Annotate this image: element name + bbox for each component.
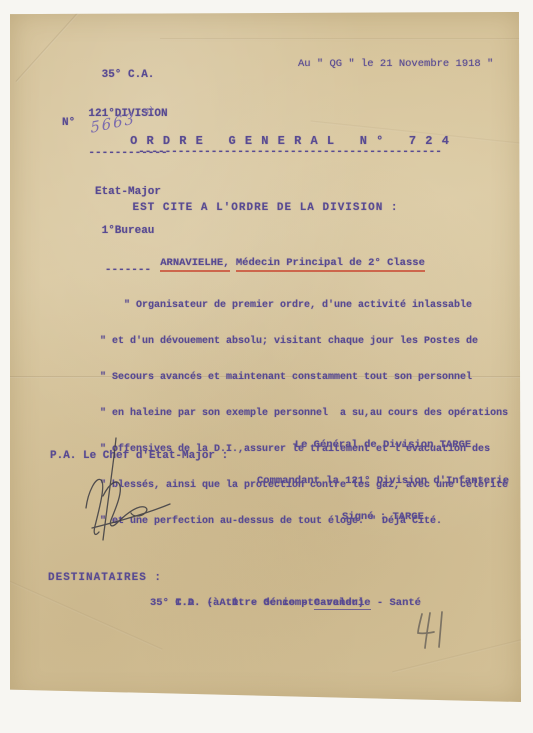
date-line: Au " QG " le 21 Novembre 1918 " xyxy=(298,58,493,70)
signed-line: Signé : TARGE xyxy=(247,511,519,523)
paper-crease xyxy=(160,38,520,40)
citation-line: " Organisateur de premier ordre, d'une a… xyxy=(100,300,508,312)
number-label: N° xyxy=(62,117,75,129)
destinataires-line-2: 35° C.A. (à titre de compte-rendu) xyxy=(150,597,364,609)
scanned-document-page: { "colors": { "paper": "#d9c79e", "ink":… xyxy=(0,0,533,733)
citation-heading: EST CITE A L'ORDRE DE LA DIVISION : xyxy=(10,202,521,214)
general-command-line: Commandant la 121° Division d'Infanterie xyxy=(247,475,519,487)
title-underline: ----------------------------------------… xyxy=(100,146,480,158)
recipient-name: ARNAVIELHE, xyxy=(160,257,229,272)
citation-line: " Secours avancés et maintenant constamm… xyxy=(100,372,508,384)
recipient-rank: Médecin Principal de 2° Classe xyxy=(236,257,425,272)
recipient-spacer xyxy=(230,257,236,269)
reference-number: N° a) 5663 xyxy=(62,112,75,130)
order-title-block: O R D R E G E N E R A L N ° 7 2 4 ------… xyxy=(100,134,480,158)
paper-crease xyxy=(0,575,163,650)
general-signature-block: Le Général de Division TARGE Commandant … xyxy=(247,415,519,547)
citation-line: " et d'un dévouement absolu; visitant ch… xyxy=(100,336,508,348)
etat-major-line: Etat-Major xyxy=(68,186,188,199)
corps-line: 35° C.A. xyxy=(68,69,188,82)
bureau-line: 1°Bureau xyxy=(68,225,188,238)
paper-sheet: 35° C.A. 121°DIVISION ------------ Etat-… xyxy=(10,12,521,702)
pencil-page-number xyxy=(410,610,460,656)
destinataires-label: DESTINATAIRES : xyxy=(48,572,162,584)
destinataires-sante: - Santé xyxy=(371,597,421,609)
handwritten-signature xyxy=(58,436,198,546)
general-title-line: Le Général de Division TARGE xyxy=(247,439,519,451)
handwritten-annotation: a) xyxy=(143,105,153,116)
